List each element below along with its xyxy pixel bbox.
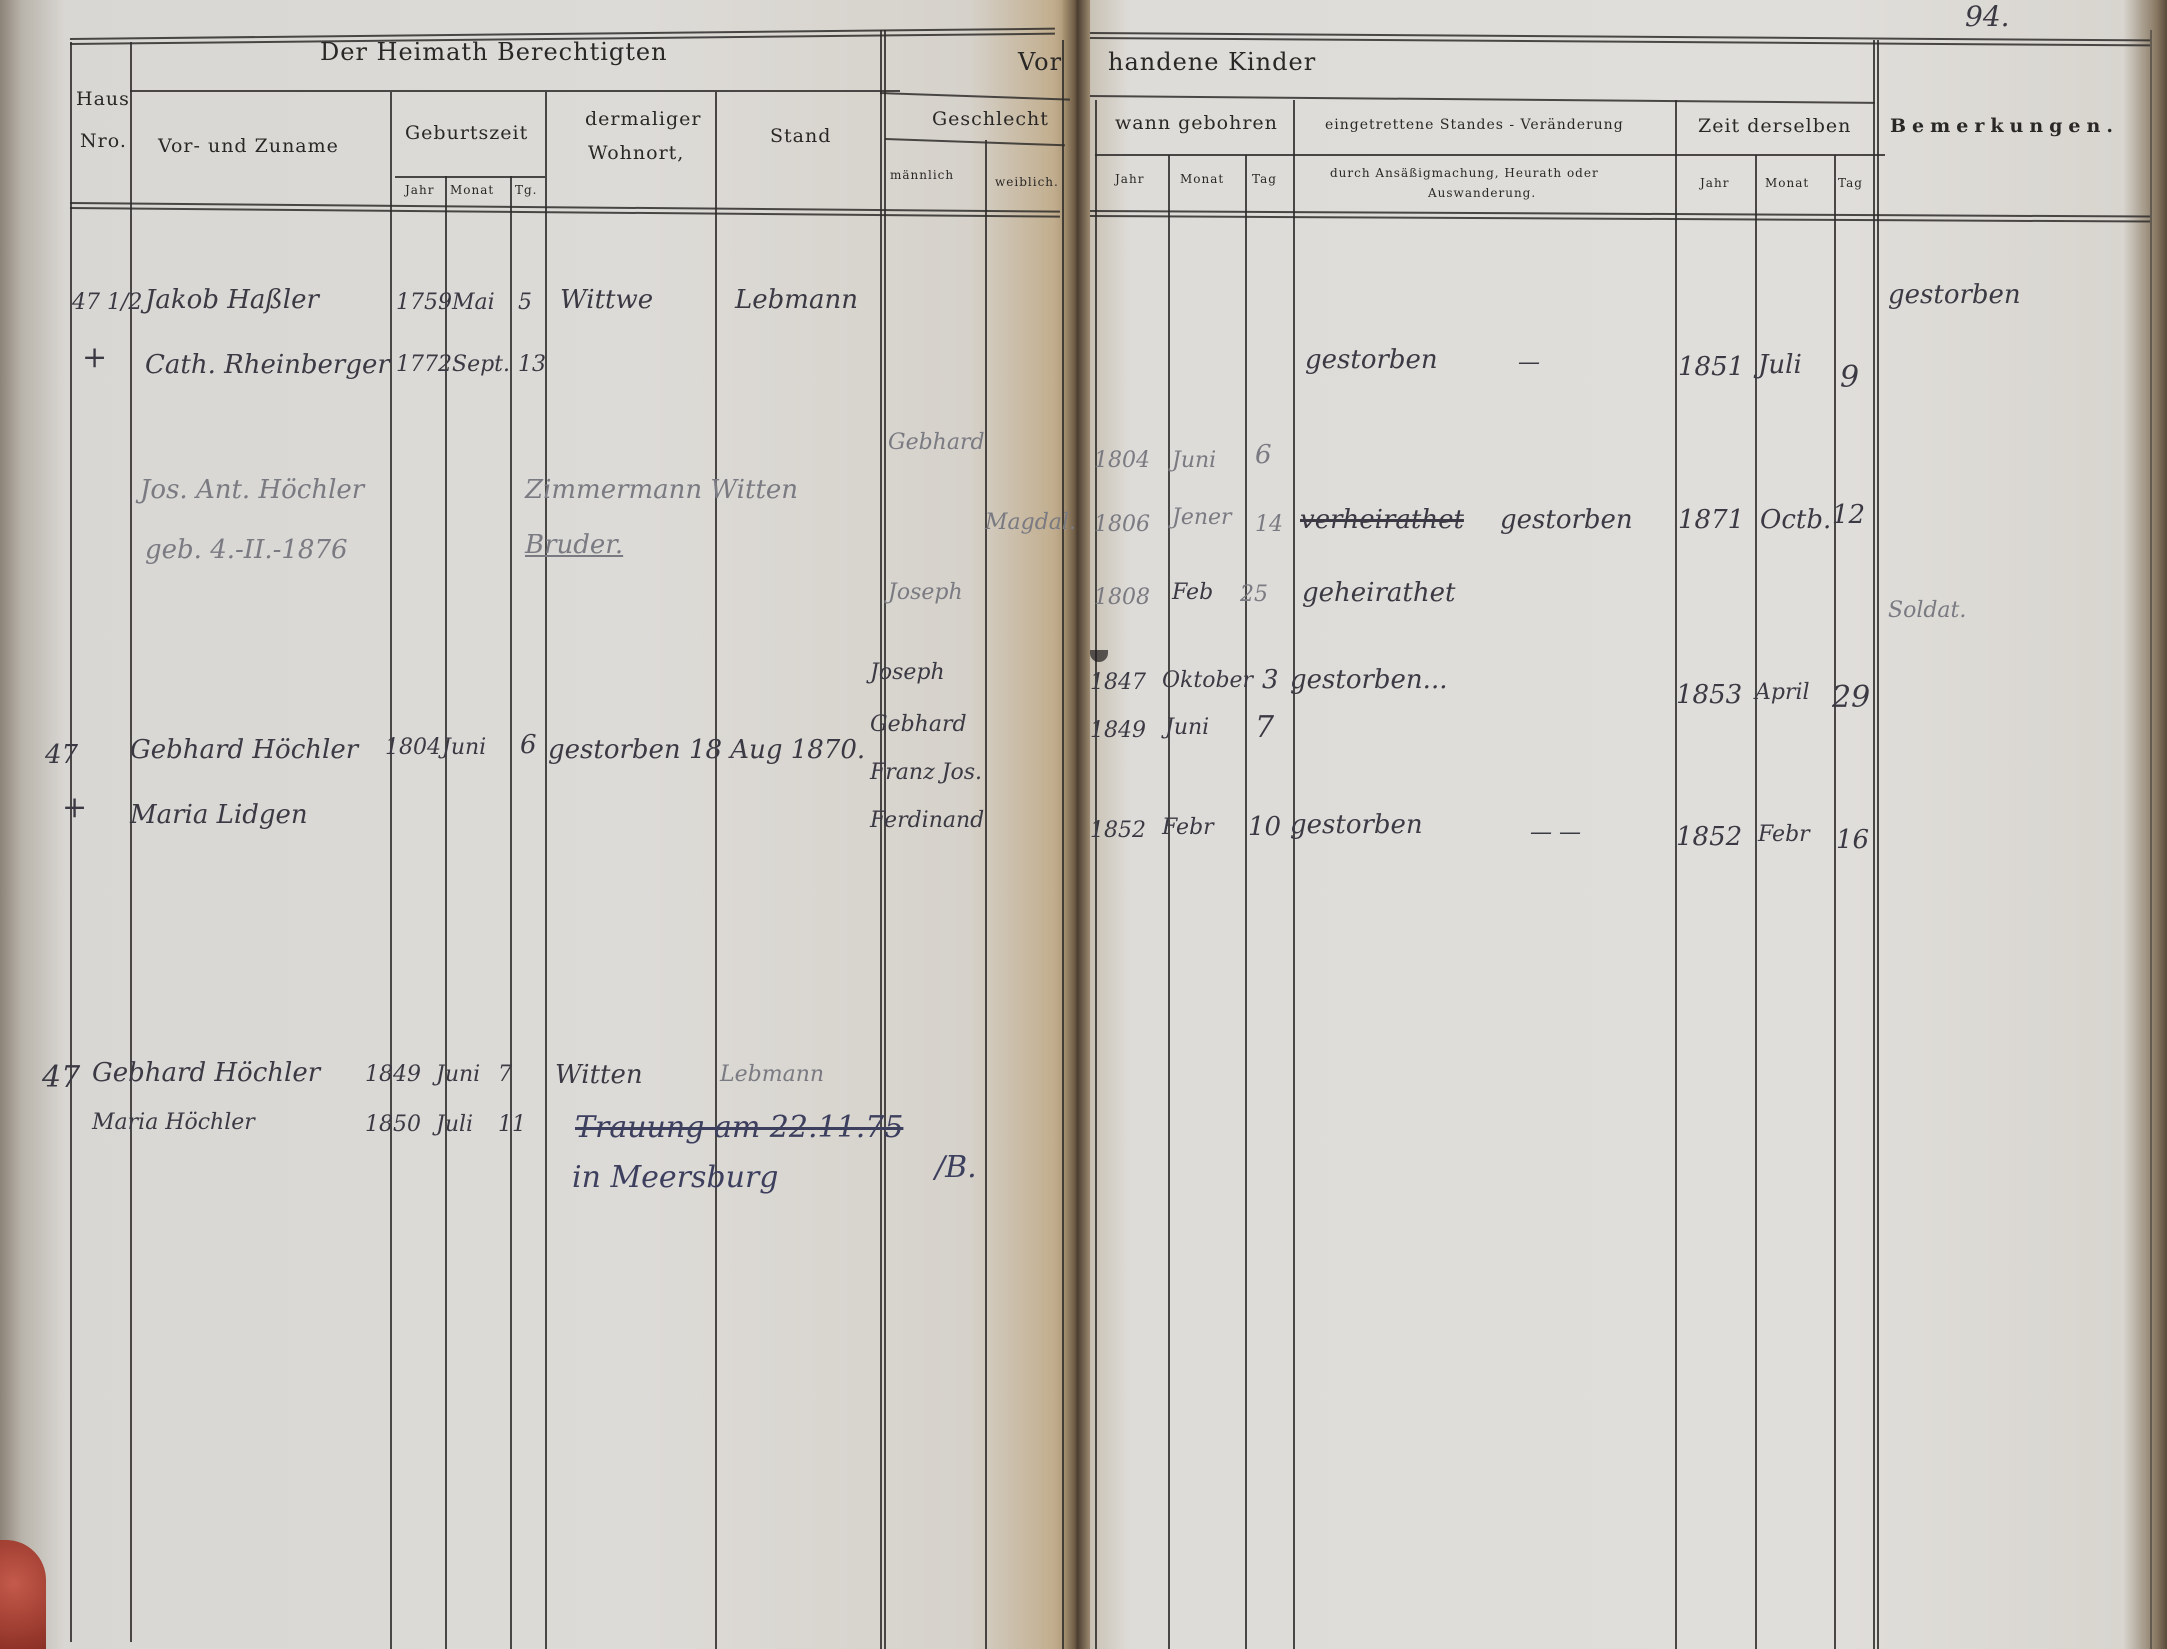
header-kind-jahr: Jahr: [1115, 172, 1144, 186]
child-birth-year: 1806: [1094, 512, 1150, 537]
status-change: gestorben: [1290, 810, 1423, 840]
marriage-place: in Meersburg: [572, 1160, 778, 1195]
child-birth-year: 1849: [1090, 718, 1146, 743]
header-kind-monat: Monat: [1180, 172, 1224, 186]
header-heimath-berechtigten: Der Heimath Berechtigten: [320, 38, 668, 66]
right-page: [1075, 0, 2167, 1649]
header-vorhandene-kinder: handene Kinder: [1108, 48, 1316, 76]
haus-nro: 47 1/2: [72, 290, 142, 315]
birth-year: 1772: [396, 352, 452, 377]
child-birth-month: Oktober: [1162, 668, 1253, 693]
child-birth-day: 10: [1248, 812, 1281, 842]
header-wann-gebohren: wann gebohren: [1115, 112, 1278, 134]
wohnort: Wittwe: [560, 285, 653, 315]
dash: —: [1518, 350, 1540, 375]
status-change: gestorben...: [1290, 665, 1447, 695]
header-zeit-monat: Monat: [1765, 176, 1809, 190]
birth-month: Mai: [452, 290, 495, 315]
header-standes-sub1: durch Ansäßigmachung, Heurath oder: [1330, 166, 1599, 180]
change-day: 9: [1840, 360, 1859, 395]
wohnort-note: Bruder.: [525, 530, 623, 560]
change-day: 16: [1836, 825, 1869, 855]
child-birth-year: 1804: [1094, 448, 1150, 473]
son-name: Franz Jos.: [870, 760, 982, 785]
son-name: Gebhard: [888, 430, 985, 455]
header-zeit-tag: Tag: [1838, 176, 1863, 190]
haus-nro: 47: [42, 1060, 80, 1095]
header-bemerkungen: Bemerkungen.: [1890, 115, 2119, 137]
deceased-mark: +: [82, 340, 107, 375]
change-year: 1852: [1676, 822, 1742, 852]
birth-year: 1849: [365, 1062, 421, 1087]
header-wohnort: Wohnort,: [588, 142, 684, 164]
change-year: 1853: [1676, 680, 1742, 710]
change-month: Febr: [1758, 822, 1810, 847]
birth-year: 1759: [396, 290, 452, 315]
status-change-struck: verheirathet: [1300, 505, 1464, 535]
name: Jos. Ant. Höchler: [140, 475, 364, 505]
header-geburtszeit-label: Geburtszeit: [405, 122, 528, 144]
header-maennlich: männlich: [890, 168, 954, 182]
remark: gestorben: [1888, 280, 2021, 310]
child-birth-day: 14: [1255, 512, 1283, 537]
change-month: Octb.: [1760, 505, 1831, 535]
birth-day: 13: [518, 352, 546, 377]
page-number: 94.: [1965, 0, 2010, 33]
change-month: April: [1755, 680, 1810, 705]
son-name: Ferdinand: [870, 808, 984, 833]
remark: Soldat.: [1888, 598, 1966, 623]
birth-month: Juli: [436, 1112, 473, 1137]
birth-year: 1804: [385, 735, 441, 760]
name: Maria Höchler: [92, 1110, 255, 1135]
wohnort: Witten: [555, 1060, 643, 1090]
child-birth-month: Juni: [1172, 448, 1216, 473]
child-birth-day: 3: [1262, 665, 1279, 695]
header-standes-sub2: Auswanderung.: [1428, 186, 1536, 200]
change-day: 12: [1832, 500, 1865, 530]
dash: — —: [1530, 820, 1581, 845]
deceased-mark: +: [62, 790, 87, 825]
signature-initial: /B.: [935, 1150, 977, 1185]
birth-month: Juni: [436, 1062, 480, 1087]
haus-nro: 47: [45, 740, 78, 770]
header-zeit-derselben: Zeit derselben: [1698, 115, 1851, 137]
header-haus: Haus: [76, 88, 130, 110]
header-dermaliger: dermaliger: [585, 108, 701, 130]
name: Cath. Rheinberger: [145, 350, 390, 380]
birth-day: 5: [518, 290, 532, 315]
child-birth-year: 1808: [1094, 585, 1150, 610]
change-month: Juli: [1758, 350, 1802, 380]
name: Jakob Haßler: [145, 285, 319, 315]
son-name: Joseph: [888, 580, 963, 605]
stand: Lebmann: [735, 285, 858, 315]
marriage-note: Trauung am 22.11.75: [575, 1110, 903, 1145]
header-geschlecht: Geschlecht: [932, 108, 1049, 130]
stand: Lebmann: [720, 1062, 824, 1087]
header-nro: Nro.: [80, 130, 127, 152]
birth-year: 1850: [365, 1112, 421, 1137]
status-change: gestorben: [1500, 505, 1633, 535]
child-birth-month: Jener: [1172, 505, 1232, 530]
header-geb-jahr: Jahr: [405, 183, 434, 197]
header-standes-veraenderung: eingetrettene Standes - Veränderung: [1325, 117, 1624, 133]
birth-day: 11: [498, 1112, 526, 1137]
child-birth-month: Feb: [1172, 580, 1213, 605]
birth-month: Juni: [442, 735, 486, 760]
child-birth-year: 1847: [1090, 670, 1146, 695]
son-name: Joseph: [870, 660, 945, 685]
change-year: 1871: [1678, 505, 1744, 535]
header-geb-tag: Tg.: [515, 183, 538, 197]
child-birth-day: 25: [1240, 582, 1268, 607]
birth-month: Sept.: [452, 352, 510, 377]
header-weiblich: weiblich.: [995, 175, 1059, 189]
child-birth-month: Juni: [1165, 715, 1209, 740]
name: Maria Lidgen: [130, 800, 308, 830]
header-vor: Vor: [1018, 48, 1062, 76]
header-kind-tag: Tag: [1252, 172, 1277, 186]
child-birth-day: 7: [1255, 710, 1274, 745]
header-geb-monat: Monat: [450, 183, 494, 197]
status-change: gestorben: [1305, 345, 1438, 375]
name: Gebhard Höchler: [130, 735, 358, 765]
wohnort: Zimmermann Witten: [525, 475, 798, 505]
son-name: Gebhard: [870, 712, 967, 737]
birth-day: 7: [498, 1062, 512, 1087]
header-stand: Stand: [770, 125, 831, 147]
death-note: gestorben 18 Aug 1870.: [548, 735, 865, 765]
child-birth-month: Febr: [1162, 815, 1214, 840]
change-year: 1851: [1678, 352, 1744, 382]
name-note: geb. 4.-II.-1876: [145, 535, 348, 565]
header-vor-und-zuname: Vor- und Zuname: [158, 135, 339, 157]
status-change: geheirathet: [1302, 578, 1455, 608]
name: Gebhard Höchler: [92, 1058, 320, 1088]
child-birth-day: 6: [1255, 440, 1272, 470]
birth-day: 6: [520, 730, 537, 760]
change-day: 29: [1832, 680, 1870, 715]
book-gutter: [1062, 0, 1090, 1649]
daughter-name: Magdal.: [985, 510, 1076, 535]
header-zeit-jahr: Jahr: [1700, 176, 1729, 190]
child-birth-year: 1852: [1090, 818, 1146, 843]
